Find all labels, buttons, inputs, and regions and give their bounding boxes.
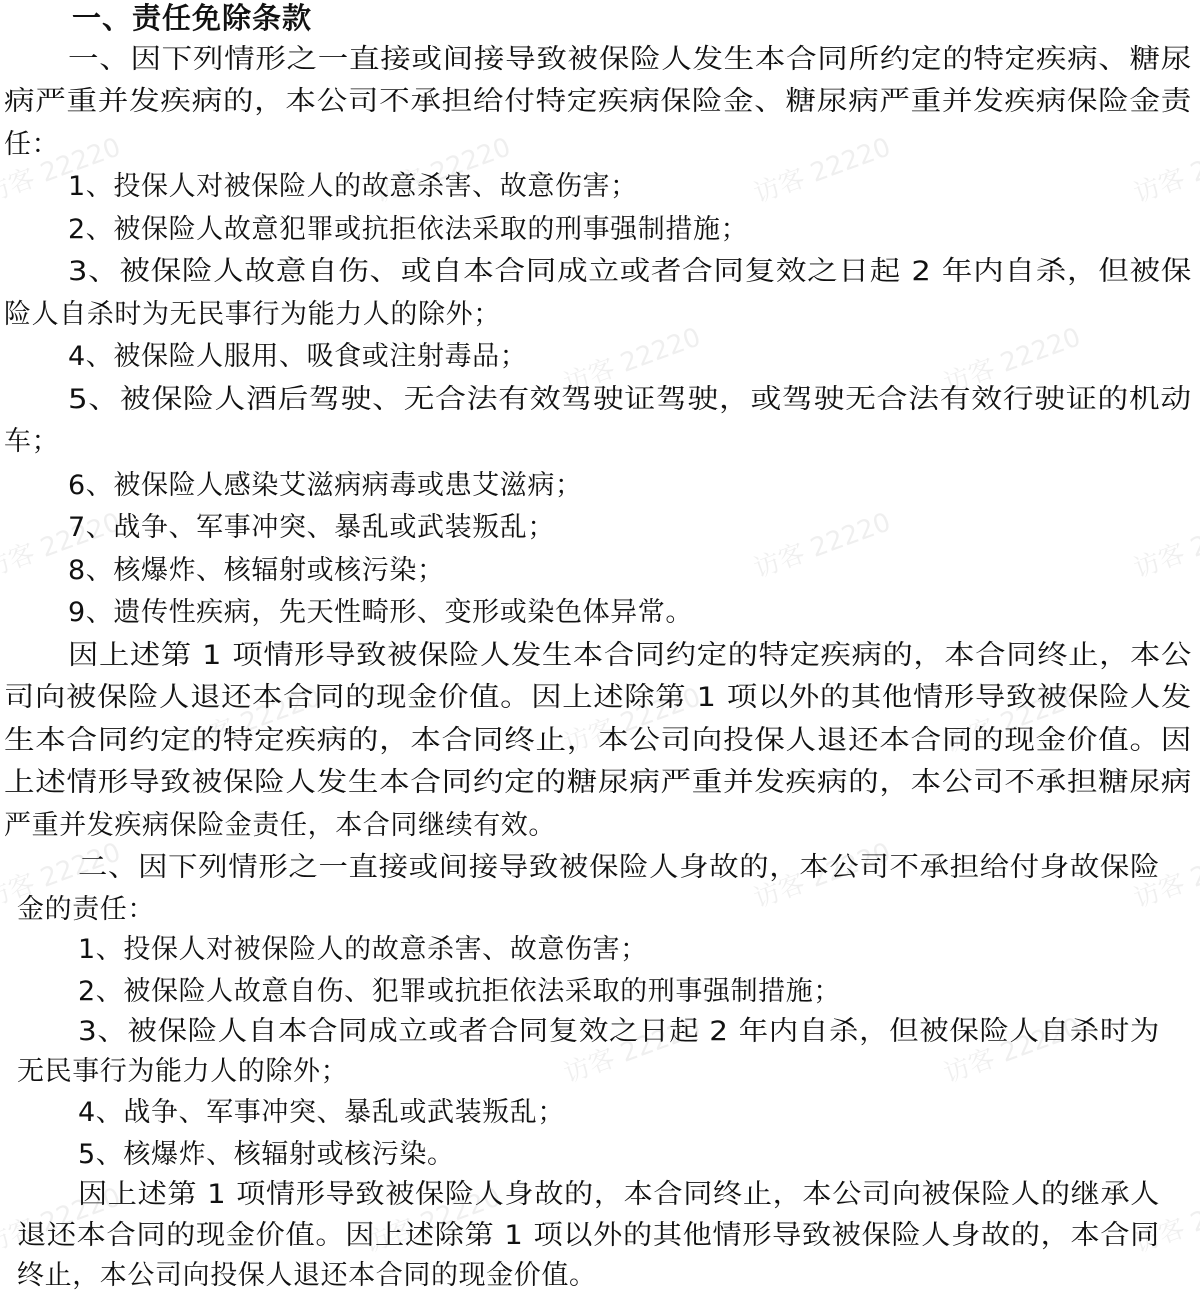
section2-item-1: 1、投保人对被保险人的故意杀害、故意伤害； xyxy=(78,932,648,968)
section2-item-2: 2、被保险人故意自伤、犯罪或抗拒依法采取的刑事强制措施； xyxy=(78,974,841,1010)
section1-conclusion-line: 因上述第 1 项情形导致被保险人发生本合同约定的特定疾病的，本合同终止，本公 xyxy=(68,638,1192,674)
section1-conclusion-line: 生本合同约定的特定疾病的，本合同终止，本公司向投保人退还本合同的现金价值。因 xyxy=(4,723,1192,759)
section1-conclusion-line: 严重并发疾病保险金责任，本合同继续有效。 xyxy=(4,808,556,844)
watermark: 访客 22220 xyxy=(748,127,895,211)
section1-item-4: 4、被保险人服用、吸食或注射毒品； xyxy=(68,339,527,375)
section2-conclusion-line: 因上述第 1 项情形导致被保险人身故的，本合同终止，本公司向被保险人的继承人 xyxy=(78,1177,1160,1213)
watermark: 访客 22220 xyxy=(748,502,895,586)
section1-intro-line: 一、因下列情形之一直接或间接导致被保险人发生本合同所约定的特定疾病、糖尿 xyxy=(68,42,1192,78)
document-page: 访客 22220 访客 22220 访客 22220 访客 22220 访客 2… xyxy=(0,0,1200,1293)
section2-item-5: 5、核爆炸、核辐射或核污染。 xyxy=(78,1137,455,1173)
section1-intro-line: 病严重并发疾病的，本公司不承担给付特定疾病保险金、糖尿病严重并发疾病保险金责 xyxy=(4,84,1192,120)
section1-item-8: 8、核爆炸、核辐射或核污染； xyxy=(68,553,445,589)
section1-conclusion-line: 司向被保险人退还本合同的现金价值。因上述除第 1 项以外的其他情形导致被保险人发 xyxy=(4,680,1192,716)
section2-item-4: 4、战争、军事冲突、暴乱或武装叛乱； xyxy=(78,1095,565,1131)
section2-item-3: 3、被保险人自本合同成立或者合同复效之日起 2 年内自杀，但被保险人自杀时为 xyxy=(78,1014,1160,1050)
section1-item-9: 9、遗传性疾病，先天性畸形、变形或染色体异常。 xyxy=(68,595,693,631)
watermark: 访客 22220 xyxy=(1128,502,1200,586)
section2-intro-line: 金的责任： xyxy=(17,892,155,928)
section1-intro-line: 任： xyxy=(4,127,59,163)
watermark: 访客 22220 xyxy=(1128,127,1200,211)
section2-conclusion-line: 终止，本公司向投保人退还本合同的现金价值。 xyxy=(17,1258,597,1293)
section1-item-2: 2、被保险人故意犯罪或抗拒依法采取的刑事强制措施； xyxy=(68,212,748,248)
section1-item-6: 6、被保险人感染艾滋病病毒或患艾滋病； xyxy=(68,468,583,504)
section2-intro-line: 二、因下列情形之一直接或间接导致被保险人身故的，本公司不承担给付身故保险 xyxy=(78,850,1160,886)
section1-item-3: 3、被保险人故意自伤、或自本合同成立或者合同复效之日起 2 年内自杀，但被保 xyxy=(68,254,1192,290)
section1-item-3-cont: 险人自杀时为无民事行为能力人的除外； xyxy=(4,297,501,333)
page-title: 一、责任免除条款 xyxy=(72,0,312,36)
section2-conclusion-line: 退还本合同的现金价值。因上述除第 1 项以外的其他情形导致被保险人身故的，本合同 xyxy=(17,1218,1160,1254)
section1-item-7: 7、战争、军事冲突、暴乱或武装叛乱； xyxy=(68,510,555,546)
section1-item-5-cont: 车； xyxy=(4,424,59,460)
section1-item-1: 1、投保人对被保险人的故意杀害、故意伤害； xyxy=(68,169,638,205)
section1-conclusion-line: 上述情形导致被保险人发生本合同约定的糖尿病严重并发疾病的，本公司不承担糖尿病 xyxy=(4,765,1192,801)
section2-item-3-cont: 无民事行为能力人的除外； xyxy=(17,1054,348,1090)
section1-item-5: 5、被保险人酒后驾驶、无合法有效驾驶证驾驶，或驾驶无合法有效行驶证的机动 xyxy=(68,382,1192,418)
